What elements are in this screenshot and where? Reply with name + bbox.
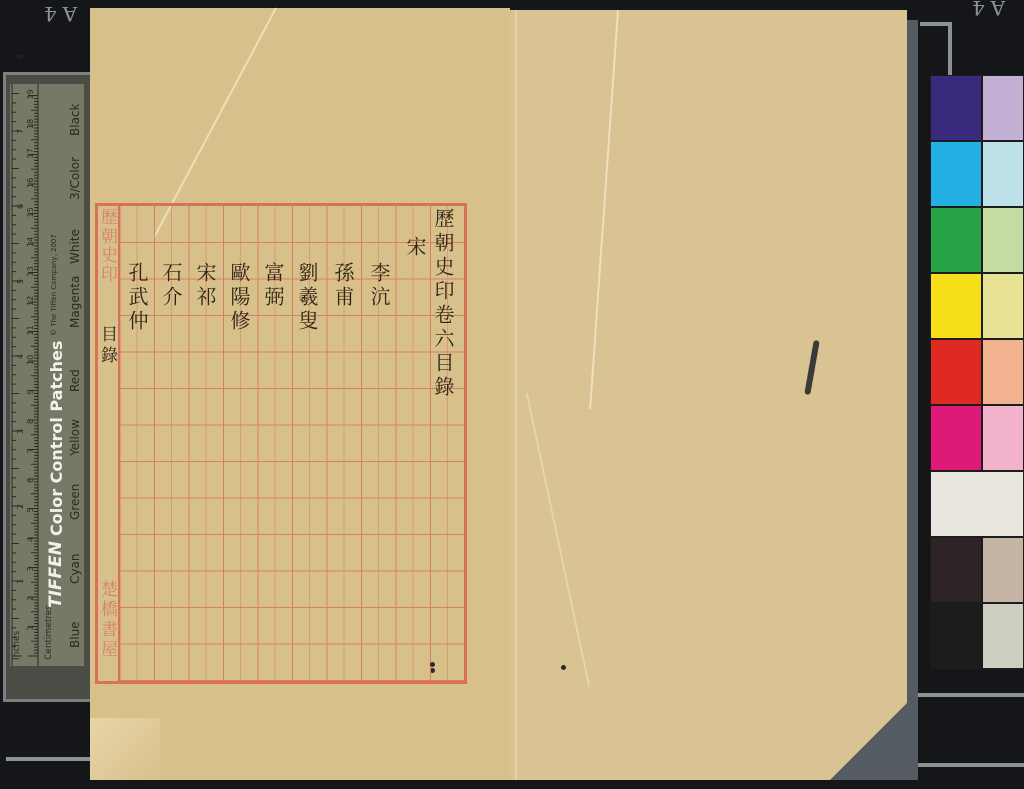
ruler-ticks xyxy=(10,84,40,666)
inch-tick-label: 4 xyxy=(16,354,25,359)
entry-kong-wuzhong: 孔武仲 xyxy=(126,262,148,334)
inch-tick-label: 3 xyxy=(16,429,25,434)
patch-3-color-dark xyxy=(930,537,982,603)
dynasty-heading: 宋 xyxy=(404,236,426,260)
cm-tick-label: 19 xyxy=(26,89,35,99)
page-corner-wear xyxy=(90,718,160,780)
board-mark-left: A4 xyxy=(38,2,77,26)
patch-magenta-light xyxy=(982,405,1024,471)
tiffen-logo: TIFFEN xyxy=(46,541,66,608)
color-label: Green xyxy=(68,484,82,520)
color-label: 3/Color xyxy=(68,157,82,200)
inch-tick-label: 7 xyxy=(16,129,25,134)
ruler-product-name: Color Control Patches xyxy=(47,341,66,536)
patch-cyan-dark xyxy=(930,141,982,207)
patch-3-color-light xyxy=(982,537,1024,603)
patch-yellow-dark xyxy=(930,273,982,339)
patch-black-light xyxy=(982,603,1024,669)
cm-tick-label: 10 xyxy=(26,355,35,365)
cm-tick-label: 6 xyxy=(26,478,35,483)
inch-tick-label: 6 xyxy=(16,204,25,209)
publisher-mark: 楚橋書屋 xyxy=(96,580,118,660)
color-label: Red xyxy=(68,369,82,392)
entry-sun-fu: 孫甫 xyxy=(332,262,354,310)
color-label: Blue xyxy=(68,621,82,648)
entry-liu-xisou: 劉羲叟 xyxy=(296,262,318,334)
patch-red-dark xyxy=(930,339,982,405)
cm-tick-label: 14 xyxy=(26,237,35,247)
color-label: Cyan xyxy=(68,554,82,584)
patch-cyan-light xyxy=(982,141,1024,207)
color-label: Magenta xyxy=(68,276,82,328)
entry-ouyang-xiu: 歐陽修 xyxy=(228,262,250,334)
volume-title: 歷朝史印卷六目錄 xyxy=(432,208,454,400)
inch-tick-label: 2 xyxy=(16,504,25,509)
patch-white xyxy=(930,471,1024,537)
color-label: White xyxy=(68,229,82,264)
inch-tick-label: 1 xyxy=(16,579,25,584)
entry-fu-bi: 富弼 xyxy=(262,262,284,310)
color-label: Black xyxy=(68,104,82,136)
patch-blue-light xyxy=(982,75,1024,141)
board-mark-right: A4 xyxy=(966,0,1005,20)
margin-section: 目錄 xyxy=(96,325,118,367)
entry-li-hang: 李沆 xyxy=(368,262,390,310)
right-page xyxy=(497,10,907,780)
color-label: Yellow xyxy=(68,419,82,456)
board-guide-line xyxy=(907,763,1024,767)
cm-tick-label: 5 xyxy=(26,507,35,512)
cm-tick-label: 8 xyxy=(26,419,35,424)
patch-yellow-light xyxy=(982,273,1024,339)
patch-green-dark xyxy=(930,207,982,273)
ink-speck xyxy=(561,665,566,670)
ruler-copyright: © The Tiffen Company, 2007 xyxy=(50,234,58,336)
patch-magenta-dark xyxy=(930,405,982,471)
ruler-units-inches: Inches xyxy=(12,631,22,660)
patch-green-light xyxy=(982,207,1024,273)
board-guide-line xyxy=(907,693,1024,697)
paper-tear xyxy=(804,340,819,395)
cm-tick-label: 13 xyxy=(26,266,35,276)
patch-black-dark xyxy=(930,603,982,669)
board-guide-line xyxy=(6,757,92,761)
board-guide-line xyxy=(948,22,952,77)
cm-tick-label: 12 xyxy=(26,296,35,306)
cm-tick-label: 11 xyxy=(26,325,35,335)
ink-speck xyxy=(430,662,435,667)
color-control-patches xyxy=(930,75,1024,669)
margin-title: 歷朝史印 xyxy=(96,208,118,284)
board-guide-line xyxy=(920,22,950,26)
cm-tick-label: 9 xyxy=(26,389,35,394)
cm-tick-label: 18 xyxy=(26,119,35,129)
cm-tick-label: 3 xyxy=(26,566,35,571)
cm-tick-label: 4 xyxy=(26,537,35,542)
entry-shi-jie: 石介 xyxy=(160,262,182,310)
cm-tick-label: 15 xyxy=(26,207,35,217)
cm-tick-label: 16 xyxy=(26,178,35,188)
cm-tick-label: 1 xyxy=(26,625,35,630)
grid-margin-rule xyxy=(118,206,120,681)
cm-tick-label: 7 xyxy=(26,448,35,453)
patch-red-light xyxy=(982,339,1024,405)
cm-tick-label: 2 xyxy=(26,596,35,601)
entry-song-qi: 宋祁 xyxy=(194,262,216,310)
inch-tick-label: 5 xyxy=(16,279,25,284)
cm-tick-label: 17 xyxy=(26,148,35,158)
ruler-units-cm: Centimetres xyxy=(44,605,54,660)
inch-tick-label: 8 xyxy=(16,54,25,59)
tiffen-ruler: Inches Centimetres TIFFEN Color Control … xyxy=(10,84,84,666)
patch-blue-dark xyxy=(930,75,982,141)
